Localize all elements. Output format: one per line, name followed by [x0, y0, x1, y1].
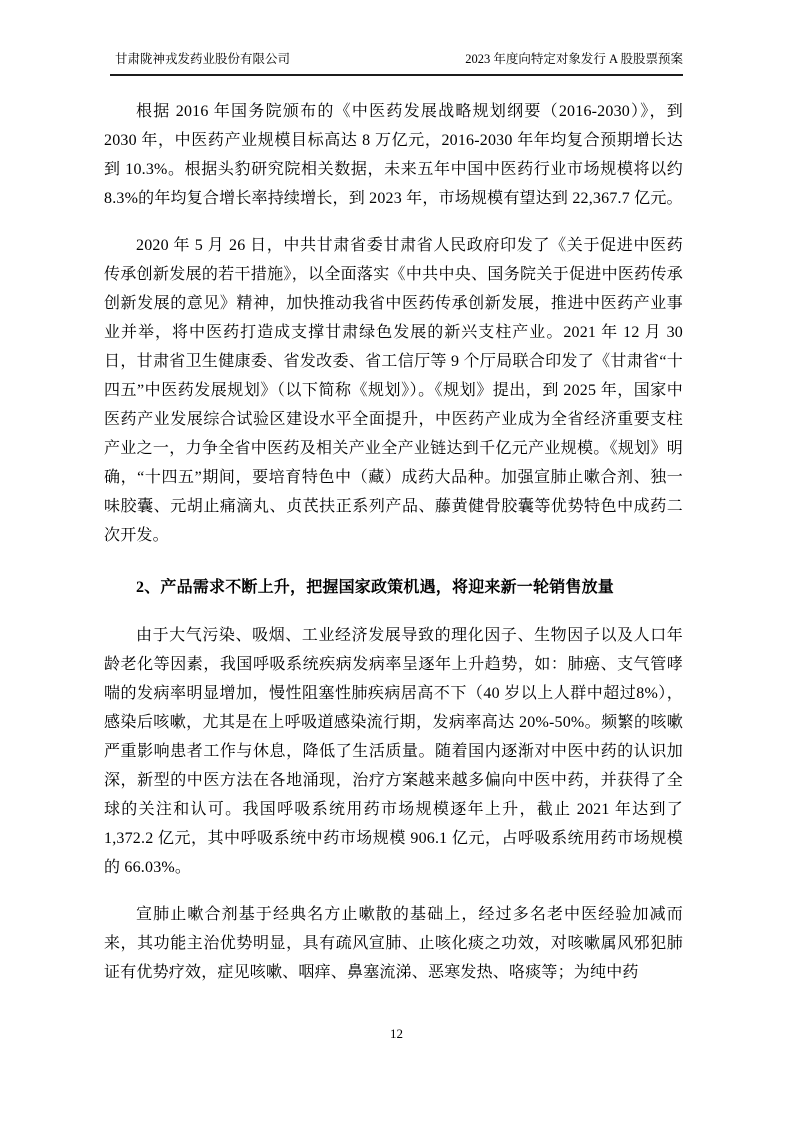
paragraph-respiratory-market: 由于大气污染、吸烟、工业经济发展导致的理化因子、生物因子以及人口年龄老化等因素，…	[104, 621, 683, 882]
header-company-name: 甘肃陇神戎发药业股份有限公司	[110, 50, 290, 69]
document-page: 甘肃陇神戎发药业股份有限公司 2023 年度向特定对象发行 A 股股票预案 根据…	[0, 0, 793, 1122]
document-header: 甘肃陇神戎发药业股份有限公司 2023 年度向特定对象发行 A 股股票预案	[110, 50, 683, 76]
header-document-title: 2023 年度向特定对象发行 A 股股票预案	[465, 50, 683, 69]
section-heading-product-demand: 2、产品需求不断上升，把握国家政策机遇，将迎来新一轮销售放量	[104, 573, 683, 602]
paragraph-xuanfei-product: 宣肺止嗽合剂基于经典名方止嗽散的基础上，经过多名老中医经验加减而来，其功能主治优…	[104, 900, 683, 987]
paragraph-gansu-policy: 2020 年 5 月 26 日，中共甘肃省委甘肃省人民政府印发了《关于促进中医药…	[104, 231, 683, 550]
page-number: 12	[0, 1026, 793, 1042]
paragraph-industry-plan: 根据 2016 年国务院颁布的《中医药发展战略规划纲要（2016-2030）》，…	[104, 97, 683, 213]
document-body: 根据 2016 年国务院颁布的《中医药发展战略规划纲要（2016-2030）》，…	[104, 97, 683, 1005]
